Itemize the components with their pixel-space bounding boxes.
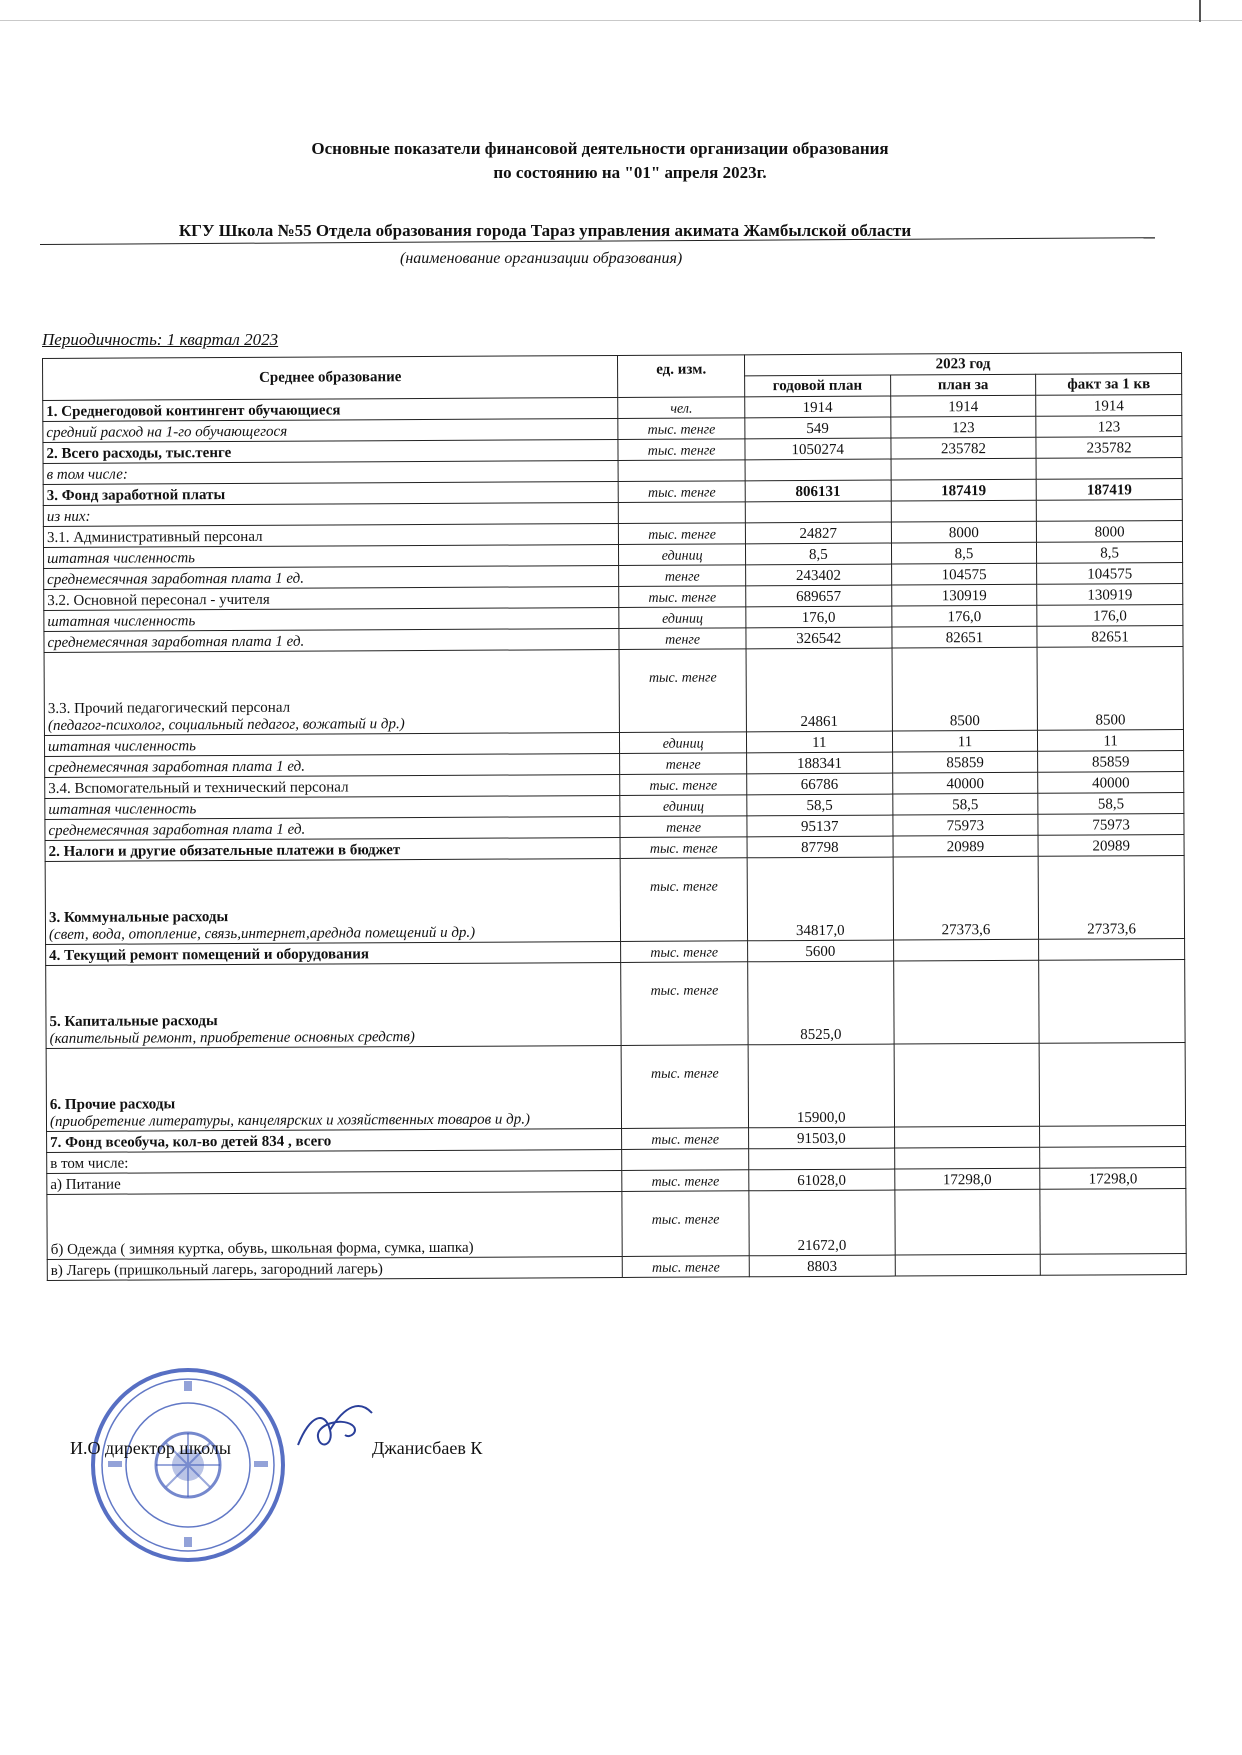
annual-plan-value [749, 1148, 895, 1170]
fact-q1-value [1036, 458, 1182, 480]
row-label: 7. Фонд всеобуча, кол-во детей 834 , все… [47, 1128, 622, 1152]
row-label: из них: [43, 502, 618, 526]
annual-plan-value: 326542 [746, 627, 892, 649]
plan-for-value [891, 458, 1037, 480]
row-label: в том числе: [43, 460, 618, 484]
row-label: 3.3. Прочий педагогический персонал(педа… [44, 649, 620, 735]
fact-q1-value [1039, 1043, 1185, 1127]
row-unit: тыс. тенге [621, 1045, 748, 1129]
official-stamp [88, 1365, 288, 1565]
plan-for-value: 123 [890, 416, 1036, 438]
row-unit: тыс. тенге [619, 649, 746, 733]
row-label: 3. Фонд заработной платы [43, 481, 618, 505]
row-label: в том числе: [47, 1149, 622, 1173]
plan-for-value [891, 500, 1037, 522]
row-unit: тыс. тенге [622, 1128, 749, 1150]
row-label: б) Одежда ( зимняя куртка, обувь, школьн… [47, 1191, 623, 1259]
fact-q1-value: 235782 [1036, 437, 1182, 459]
row-label: 3.2. Основной пересонал - учителя [44, 586, 619, 610]
fact-q1-value: 1914 [1036, 395, 1182, 417]
fact-q1-value: 187419 [1036, 479, 1182, 501]
plan-for-value: 8000 [891, 521, 1037, 543]
plan-for-value: 75973 [893, 814, 1039, 836]
row-label: среднемесячная заработная плата 1 ед. [44, 628, 619, 652]
row-unit: тыс. тенге [619, 523, 746, 545]
signature-mark [290, 1395, 380, 1465]
row-label: штатная численность [44, 732, 619, 756]
fact-q1-value [1039, 939, 1185, 961]
plan-for-value: 40000 [892, 772, 1038, 794]
plan-for-value [895, 1254, 1041, 1276]
row-label: а) Питание [47, 1170, 622, 1194]
annual-plan-value: 188341 [747, 752, 893, 774]
plan-for-value: 176,0 [891, 605, 1037, 627]
plan-for-value [893, 939, 1039, 961]
row-unit: тыс. тенге [622, 1170, 749, 1192]
header-plan-for: план за [890, 374, 1036, 396]
row-label: 3.1. Административный персонал [43, 523, 618, 547]
row-unit: тыс. тенге [623, 1256, 750, 1278]
row-unit: тыс. тенге [618, 439, 745, 461]
row-unit: тыс. тенге [621, 941, 748, 963]
row-label: в) Лагерь (пришкольный лагерь, загородни… [47, 1256, 622, 1280]
signatory-position: И.О директор школы [70, 1438, 231, 1459]
annual-plan-value: 806131 [745, 480, 891, 502]
annual-plan-value: 21672,0 [749, 1190, 895, 1256]
fact-q1-value: 40000 [1038, 772, 1184, 794]
fact-q1-value: 20989 [1038, 835, 1184, 857]
annual-plan-value: 5600 [748, 940, 894, 962]
plan-for-value: 17298,0 [894, 1168, 1040, 1190]
plan-for-value [894, 1126, 1040, 1148]
periodicity: Периодичность: 1 квартал 2023 [42, 330, 278, 350]
fact-q1-value: 176,0 [1037, 605, 1183, 627]
header-unit: ед. изм. [618, 355, 745, 398]
table-row: 3. Коммунальные расходы(свет, вода, отоп… [45, 856, 1184, 945]
annual-plan-value: 58,5 [747, 794, 893, 816]
annual-plan-value [745, 459, 891, 481]
row-unit: тенге [620, 753, 747, 775]
fact-q1-value: 75973 [1038, 814, 1184, 836]
row-label: среднемесячная заработная плата 1 ед. [45, 753, 620, 777]
annual-plan-value: 91503,0 [748, 1127, 894, 1149]
row-label: штатная численность [44, 607, 619, 631]
row-label-text: в) Лагерь (пришкольный лагерь, загородни… [51, 1260, 619, 1280]
header-annual-plan: годовой план [745, 375, 891, 397]
row-unit: тенге [620, 816, 747, 838]
row-unit: тыс. тенге [618, 481, 745, 503]
table-row: 6. Прочие расходы(приобретение литератур… [46, 1043, 1185, 1132]
annual-plan-value: 549 [745, 417, 891, 439]
row-unit: тенге [619, 565, 746, 587]
annual-plan-value: 61028,0 [749, 1169, 895, 1191]
row-unit [619, 502, 746, 524]
plan-for-value: 11 [892, 730, 1038, 752]
annual-plan-value: 11 [746, 731, 892, 753]
fact-q1-value: 8500 [1037, 647, 1183, 731]
plan-for-value: 104575 [891, 563, 1037, 585]
annual-plan-value: 95137 [747, 815, 893, 837]
fact-q1-value [1040, 1254, 1186, 1276]
annual-plan-value: 15900,0 [748, 1044, 894, 1128]
plan-for-value: 187419 [891, 479, 1037, 501]
row-label: штатная численность [43, 544, 618, 568]
plan-for-value [894, 1043, 1040, 1127]
plan-for-value: 130919 [891, 584, 1037, 606]
table-row: б) Одежда ( зимняя куртка, обувь, школьн… [47, 1189, 1186, 1260]
row-label: 6. Прочие расходы(приобретение литератур… [46, 1045, 622, 1131]
row-unit: чел. [618, 397, 745, 419]
row-unit: тыс. тенге [620, 837, 747, 859]
annual-plan-value: 243402 [746, 564, 892, 586]
signatory-name: Джанисбаев К [372, 1438, 482, 1459]
fact-q1-value [1037, 500, 1183, 522]
header-name: Среднее образование [43, 355, 619, 400]
plan-for-value: 8500 [892, 647, 1038, 731]
row-unit: тыс. тенге [620, 858, 747, 942]
row-unit [622, 1149, 749, 1171]
fact-q1-value: 17298,0 [1040, 1168, 1186, 1190]
fact-q1-value: 82651 [1037, 626, 1183, 648]
table-body: 1. Среднегодовой контингент обучающиесяч… [43, 395, 1187, 1281]
row-label: среднемесячная заработная плата 1 ед. [44, 565, 619, 589]
row-label: 2. Налоги и другие обязательные платежи … [45, 837, 620, 861]
annual-plan-value: 8803 [749, 1255, 895, 1277]
row-label: штатная численность [45, 795, 620, 819]
plan-for-value: 27373,6 [893, 856, 1039, 940]
row-unit: единиц [619, 544, 746, 566]
fact-q1-value: 123 [1036, 416, 1182, 438]
plan-for-value: 8,5 [891, 542, 1037, 564]
document-date: по состоянию на "01" апреля 2023г. [330, 162, 930, 184]
row-label: 4. Текущий ремонт помещений и оборудован… [46, 941, 621, 965]
plan-for-value [894, 1189, 1040, 1255]
organization-caption: (наименование организации образования) [400, 250, 682, 268]
plan-for-value: 235782 [891, 437, 1037, 459]
plan-for-value: 58,5 [892, 793, 1038, 815]
fact-q1-value [1039, 960, 1185, 1044]
fact-q1-value [1040, 1126, 1186, 1148]
row-unit: тыс. тенге [618, 418, 745, 440]
annual-plan-value: 87798 [747, 836, 893, 858]
fact-q1-value: 130919 [1037, 584, 1183, 606]
row-unit: тыс. тенге [621, 962, 748, 1046]
row-unit: единиц [620, 732, 747, 754]
row-label: среднемесячная заработная плата 1 ед. [45, 816, 620, 840]
plan-for-value [894, 1147, 1040, 1169]
row-label: средний расход на 1-го обучающегося [43, 418, 618, 442]
annual-plan-value: 24827 [745, 522, 891, 544]
annual-plan-value: 8525,0 [748, 961, 894, 1045]
annual-plan-value: 1914 [745, 396, 891, 418]
annual-plan-value: 34817,0 [747, 857, 893, 941]
row-unit: единиц [620, 795, 747, 817]
fact-q1-value: 85859 [1038, 751, 1184, 773]
row-unit: тыс. тенге [619, 586, 746, 608]
row-unit [618, 460, 745, 482]
row-label: 5. Капитальные расходы(капительный ремон… [46, 962, 622, 1048]
table-row: 5. Капитальные расходы(капительный ремон… [46, 960, 1185, 1049]
row-unit: единиц [619, 607, 746, 629]
scan-top-rule [0, 20, 1242, 21]
plan-for-value: 1914 [890, 395, 1036, 417]
document-title: Основные показатели финансовой деятельно… [150, 138, 1050, 160]
header-year: 2023 год [744, 353, 1181, 376]
annual-plan-value: 1050274 [745, 438, 891, 460]
fact-q1-value: 11 [1038, 730, 1184, 752]
annual-plan-value: 176,0 [746, 606, 892, 628]
fact-q1-value [1040, 1189, 1186, 1255]
plan-for-value [893, 960, 1039, 1044]
row-label: 3. Коммунальные расходы(свет, вода, отоп… [45, 858, 621, 944]
table-row: 3.3. Прочий педагогический персонал(педа… [44, 647, 1183, 736]
plan-for-value: 82651 [892, 626, 1038, 648]
fact-q1-value: 104575 [1037, 563, 1183, 585]
plan-for-value: 20989 [893, 835, 1039, 857]
fact-q1-value [1040, 1147, 1186, 1169]
row-unit: тыс. тенге [620, 774, 747, 796]
financial-table: Среднее образование ед. изм. 2023 год го… [42, 352, 1187, 1281]
row-label: 2. Всего расходы, тыс.тенге [43, 439, 618, 463]
header-fact-q1: факт за 1 кв [1036, 374, 1182, 396]
plan-for-value: 85859 [892, 751, 1038, 773]
annual-plan-value [745, 501, 891, 523]
annual-plan-value: 689657 [746, 585, 892, 607]
fact-q1-value: 27373,6 [1038, 856, 1184, 940]
fact-q1-value: 8000 [1037, 521, 1183, 543]
annual-plan-value: 66786 [747, 773, 893, 795]
fact-q1-value: 58,5 [1038, 793, 1184, 815]
annual-plan-value: 8,5 [745, 543, 891, 565]
row-label: 1. Среднегодовой контингент обучающиеся [43, 397, 618, 421]
scan-mark [1199, 0, 1201, 22]
row-unit: тыс. тенге [622, 1191, 749, 1257]
row-label: 3.4. Вспомогательный и технический персо… [45, 774, 620, 798]
row-unit: тенге [619, 628, 746, 650]
fact-q1-value: 8,5 [1037, 542, 1183, 564]
annual-plan-value: 24861 [746, 648, 892, 732]
